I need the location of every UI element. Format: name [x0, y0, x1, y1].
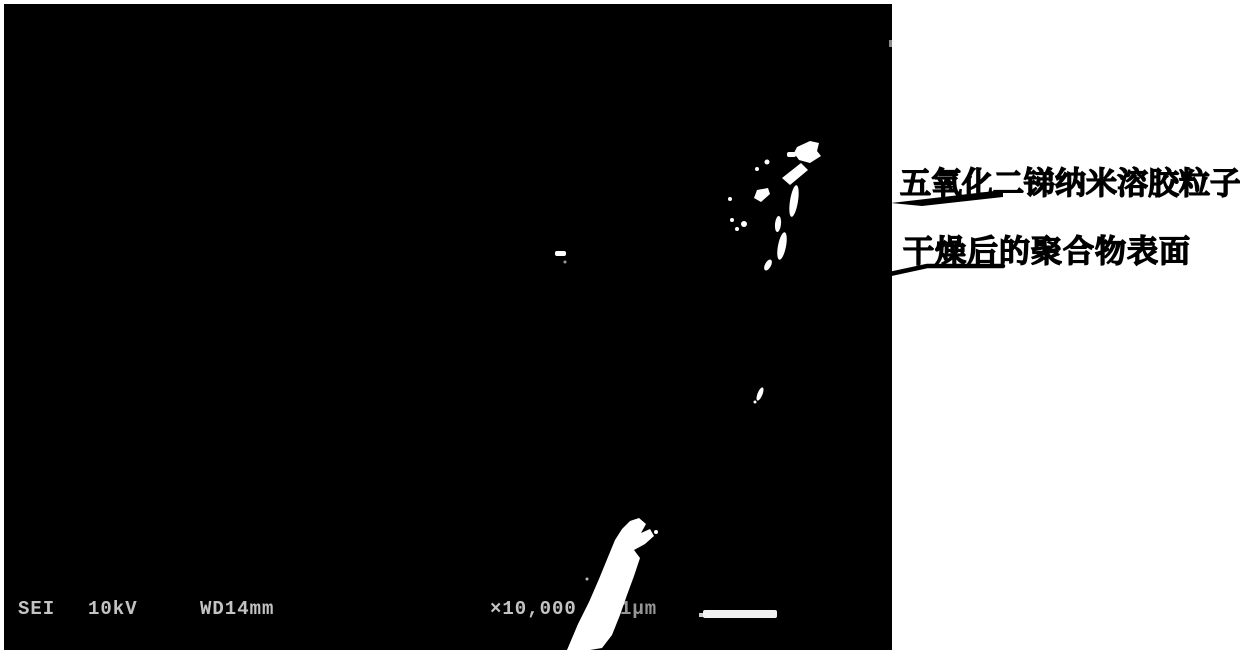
voltage-label: 10kV: [88, 598, 138, 620]
center-particle: [555, 251, 566, 256]
particle-dash: [787, 152, 796, 157]
particle-sliver: [775, 231, 788, 260]
particle-dot: [765, 160, 770, 165]
sem-micrograph: SEI 10kV WD14mm ×10,000 1μm: [4, 4, 892, 650]
particle-sliver: [774, 216, 782, 233]
edge-notch: [889, 40, 892, 47]
particle-dot: [728, 197, 732, 201]
particle-tick: [755, 387, 765, 402]
scale-unit-label: 1μm: [620, 598, 657, 620]
working-distance-label: WD14mm: [200, 598, 274, 620]
particle-dot: [741, 221, 747, 227]
streak-dot: [586, 578, 589, 581]
particle-dot: [735, 227, 739, 231]
bright-streak: [567, 518, 654, 650]
particle-dot: [730, 218, 734, 222]
particle-dot: [754, 401, 757, 404]
particle-sliver: [788, 185, 801, 218]
particle-blob: [754, 188, 770, 202]
particle-sliver: [763, 258, 774, 271]
particle-blob: [794, 141, 821, 163]
streak-dot: [654, 530, 658, 534]
particle-dot: [755, 167, 759, 171]
callout-label-polymer-surface: 干燥后的聚合物表面: [903, 226, 1191, 271]
center-particle-dot: [564, 261, 567, 264]
sem-info-bar: SEI 10kV WD14mm ×10,000 1μm: [4, 596, 892, 624]
detector-label: SEI: [18, 598, 55, 620]
sem-bright-features: [4, 4, 892, 650]
callout-label-nanosol-particles: 五氧化二锑纳米溶胶粒子: [900, 158, 1240, 203]
magnification-label: ×10,000: [490, 598, 577, 620]
particle-blob: [782, 163, 808, 185]
scale-bar: [703, 610, 777, 618]
